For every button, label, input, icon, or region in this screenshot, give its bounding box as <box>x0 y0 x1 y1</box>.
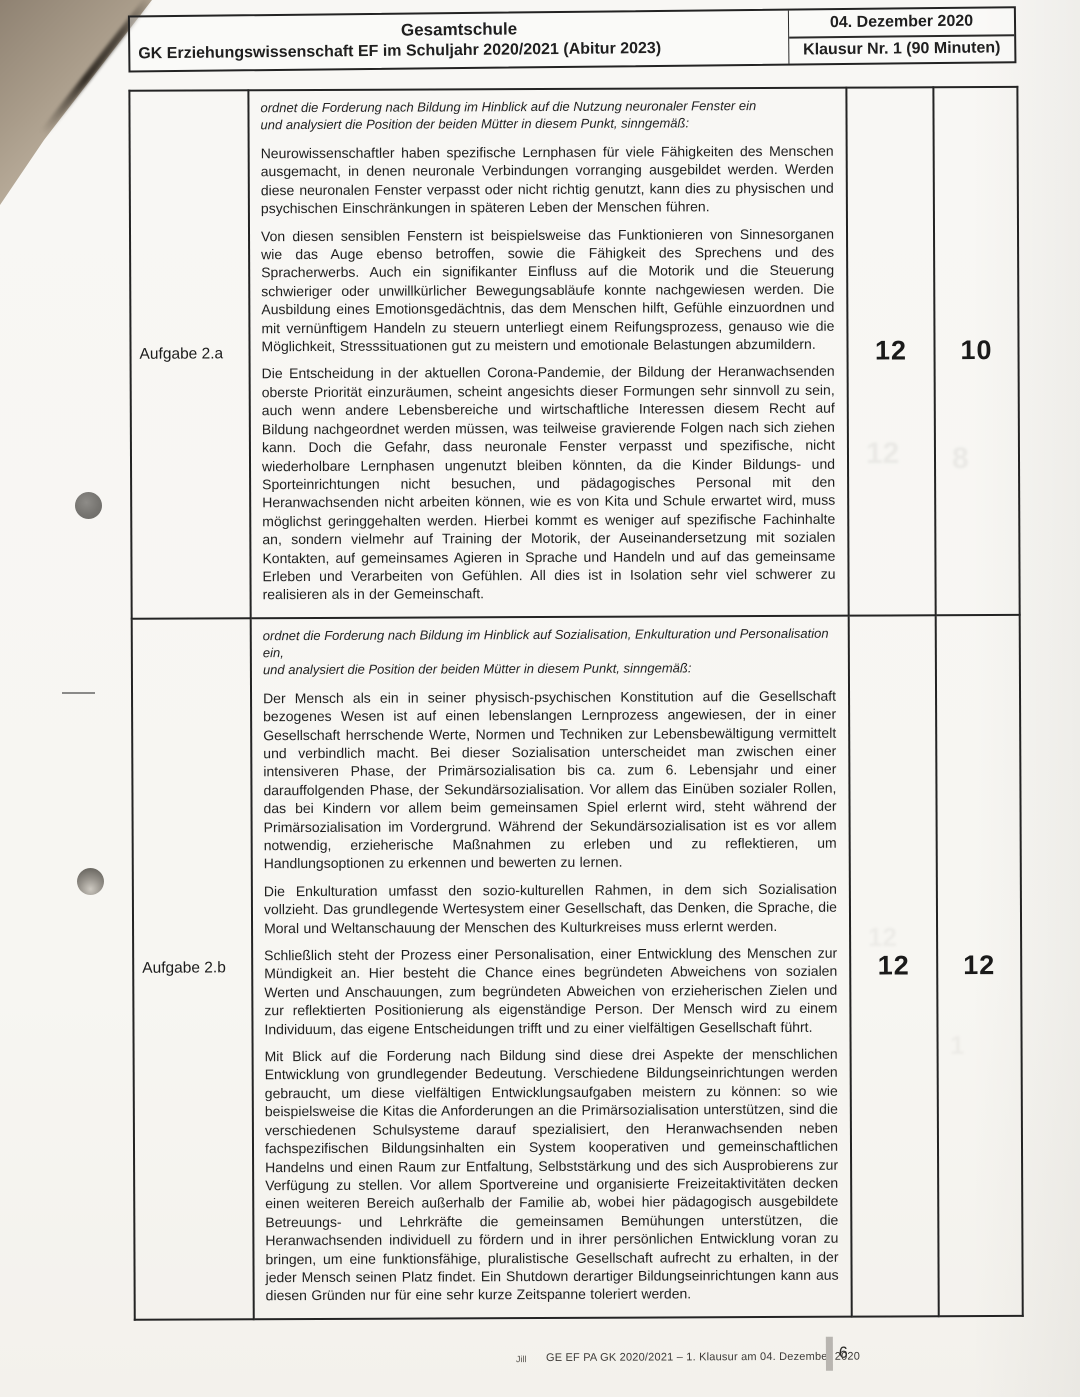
task-answer-text: ordnet die Forderung nach Bildung im Hin… <box>248 88 848 618</box>
page-number-divider <box>826 1337 833 1371</box>
answer-paragraph: Die Enkulturation umfasst den sozio-kult… <box>264 880 837 938</box>
task-criteria: ordnet die Forderung nach Bildung im Hin… <box>263 624 836 677</box>
grading-table: Aufgabe 2.a ordnet die Forderung nach Bi… <box>128 86 1023 1321</box>
task-label: Aufgabe 2.b <box>132 618 254 1320</box>
points-awarded-cell: 10 <box>933 87 1019 615</box>
table-row-aufgabe-2b: Aufgabe 2.b ordnet die Forderung nach Bi… <box>132 615 1023 1320</box>
exam-number-duration: Klausur Nr. 1 (90 Minuten) <box>789 34 1014 64</box>
points-awarded-cell: 12 <box>936 615 1023 1316</box>
task-label: Aufgabe 2.a <box>129 90 250 618</box>
task-criteria-line: ordnet die Forderung nach Bildung im Hin… <box>263 624 836 660</box>
answer-paragraph: Der Mensch als ein in seiner physisch-ps… <box>263 686 837 873</box>
exam-header: Gesamtschule GK Erziehungswissenschaft E… <box>128 6 1017 72</box>
scan-content: Gesamtschule GK Erziehungswissenschaft E… <box>0 0 1080 1397</box>
task-criteria-line: ordnet die Forderung nach Bildung im Hin… <box>260 97 833 117</box>
exam-header-right: 04. Dezember 2020 Klausur Nr. 1 (90 Minu… <box>788 8 1015 63</box>
answer-paragraph: Neurowissenschaftler haben spezifische L… <box>261 142 834 218</box>
answer-paragraph: Schließlich steht der Prozess einer Pers… <box>264 944 837 1039</box>
exam-date: 04. Dezember 2020 <box>789 8 1014 36</box>
scanned-exam-page: 12 8 12 1 Gesamtschule GK Erziehungswiss… <box>0 0 1080 1397</box>
task-criteria: ordnet die Forderung nach Bildung im Hin… <box>260 97 833 133</box>
points-possible-cell: 12 <box>849 615 939 1316</box>
footer-text: GE EF PA GK 2020/2021 – 1. Klausur am 04… <box>546 1351 806 1364</box>
footer-initials: Jill <box>516 1354 527 1364</box>
task-criteria-line: und analysiert die Position der beiden M… <box>263 658 836 678</box>
answer-paragraph: Die Entscheidung in der aktuellen Corona… <box>262 362 836 604</box>
points-possible-cell: 12 <box>846 87 935 615</box>
answer-paragraph: Von diesen sensiblen Fenstern ist beispi… <box>261 224 835 355</box>
page-number: 6 <box>839 1345 848 1363</box>
task-criteria-line: und analysiert die Position der beiden M… <box>261 114 834 134</box>
answer-paragraph: Mit Blick auf die Forderung nach Bildung… <box>265 1045 839 1305</box>
table-row-aufgabe-2a: Aufgabe 2.a ordnet die Forderung nach Bi… <box>129 87 1019 619</box>
task-answer-text: ordnet die Forderung nach Bildung im Hin… <box>251 615 852 1319</box>
exam-header-left: Gesamtschule GK Erziehungswissenschaft E… <box>130 11 789 71</box>
